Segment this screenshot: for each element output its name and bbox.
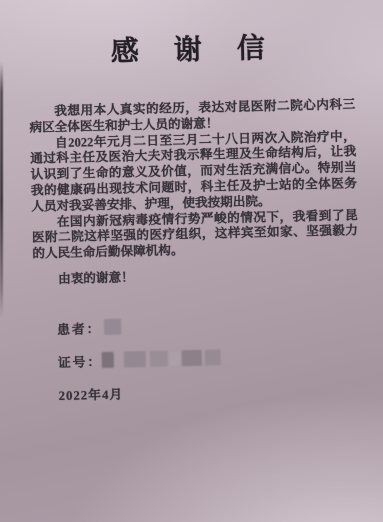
letter-body: 我想用本人真实的经历，表达对昆医附二院心内科三病区全体医生和护士人员的谢意！ 自…: [29, 97, 359, 262]
letter-photo: 感 谢 信 我想用本人真实的经历，表达对昆医附二院心内科三病区全体医生和护士人员…: [0, 0, 383, 522]
thank-you-letter: 感 谢 信 我想用本人真实的经历，表达对昆医附二院心内科三病区全体医生和护士人员…: [0, 0, 383, 522]
letter-title: 感 谢 信: [27, 30, 354, 71]
paragraph-3: 在国内新冠病毒疫情行势严峻的情况下，我看到了昆医附二院这样坚强的医疗组织，这样宾…: [32, 208, 359, 263]
signature-block: 患者： 证号： 2022年4月: [34, 312, 362, 404]
paragraph-2: 自2022年元月二日至三月二十八日两次入院治疗中，通过科主任及医治大夫对我示释生…: [30, 129, 358, 215]
redaction-block: [124, 351, 146, 367]
id-row: 证号：: [58, 345, 361, 371]
patient-label: 患者：: [57, 318, 102, 338]
redaction-block: [102, 352, 114, 368]
redaction-block: [182, 350, 202, 366]
redacted-patient-name: [101, 319, 121, 335]
closing-line: 由衷的谢意！: [33, 265, 359, 288]
redaction-block: [104, 319, 121, 335]
redacted-id-number: [102, 350, 221, 369]
redaction-block: [170, 352, 180, 365]
letter-date: 2022年4月: [58, 378, 361, 404]
patient-row: 患者：: [57, 312, 360, 338]
id-label: 证号：: [58, 351, 103, 371]
redaction-block: [150, 351, 168, 367]
redaction-block: [205, 350, 221, 366]
